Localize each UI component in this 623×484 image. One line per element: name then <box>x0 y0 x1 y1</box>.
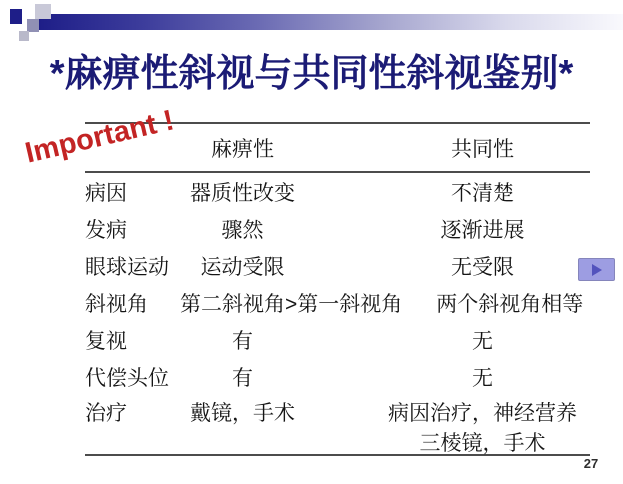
table-row: 病因 器质性改变 不清楚 <box>85 173 590 210</box>
cell-paralytic: 戴镜，手术 <box>180 397 305 427</box>
table-row: 三棱镜，手术 <box>85 429 590 454</box>
row-label: 眼球运动 <box>85 251 180 281</box>
cell-paralytic: 有 <box>180 362 305 392</box>
row-label: 发病 <box>85 214 180 244</box>
cell-paralytic: 运动受限 <box>180 251 305 281</box>
decor-square-light <box>35 4 51 19</box>
page-number: 27 <box>575 456 607 471</box>
row-label: 病因 <box>85 177 180 207</box>
table-row: 眼球运动 运动受限 无受限 <box>85 247 590 284</box>
table-row: 发病 骤然 逐渐进展 <box>85 210 590 247</box>
cell-comitant: 两个斜视角相等 <box>402 288 617 318</box>
table-row: 复视 有 无 <box>85 321 590 358</box>
cell-comitant: 无受限 <box>375 251 590 281</box>
header-paralytic: 麻痹性 <box>180 133 305 163</box>
cell-paralytic: 器质性改变 <box>180 177 305 207</box>
table-row: 斜视角 第二斜视角>第一斜视角 两个斜视角相等 <box>85 284 590 321</box>
cell-comitant: 无 <box>375 325 590 355</box>
row-label: 治疗 <box>85 397 180 427</box>
table-body: 病因 器质性改变 不清楚 发病 骤然 逐渐进展 眼球运动 运动受限 无受限 斜视… <box>85 173 590 454</box>
row-label: 复视 <box>85 325 180 355</box>
comparison-table: 麻痹性 共同性 病因 器质性改变 不清楚 发病 骤然 逐渐进展 眼球运动 运动受… <box>85 122 590 456</box>
cell-paralytic: 骤然 <box>180 214 305 244</box>
row-label: 代偿头位 <box>85 362 180 392</box>
next-slide-button[interactable] <box>578 258 615 281</box>
table-row: 治疗 戴镜，手术 病因治疗，神经营养 <box>85 395 590 429</box>
play-arrow-icon <box>592 264 602 276</box>
cell-paralytic: 第二斜视角>第一斜视角 <box>180 288 402 318</box>
decor-square-navy <box>10 9 22 24</box>
cell-paralytic: 有 <box>180 325 305 355</box>
header-gradient-bar <box>39 14 623 30</box>
slide-title: *麻痹性斜视与共同性斜视鉴别* <box>0 51 623 99</box>
table-row: 代偿头位 有 无 <box>85 358 590 395</box>
cell-comitant: 病因治疗，神经营养 <box>375 397 590 427</box>
cell-comitant: 不清楚 <box>375 177 590 207</box>
cell-comitant: 逐渐进展 <box>375 214 590 244</box>
header-comitant: 共同性 <box>375 133 590 163</box>
cell-comitant: 无 <box>375 362 590 392</box>
slide: *麻痹性斜视与共同性斜视鉴别* Important ! 麻痹性 共同性 病因 器… <box>0 0 623 484</box>
row-label: 斜视角 <box>85 288 180 318</box>
cell-comitant: 三棱镜，手术 <box>375 427 590 457</box>
decor-square-small <box>19 31 29 41</box>
